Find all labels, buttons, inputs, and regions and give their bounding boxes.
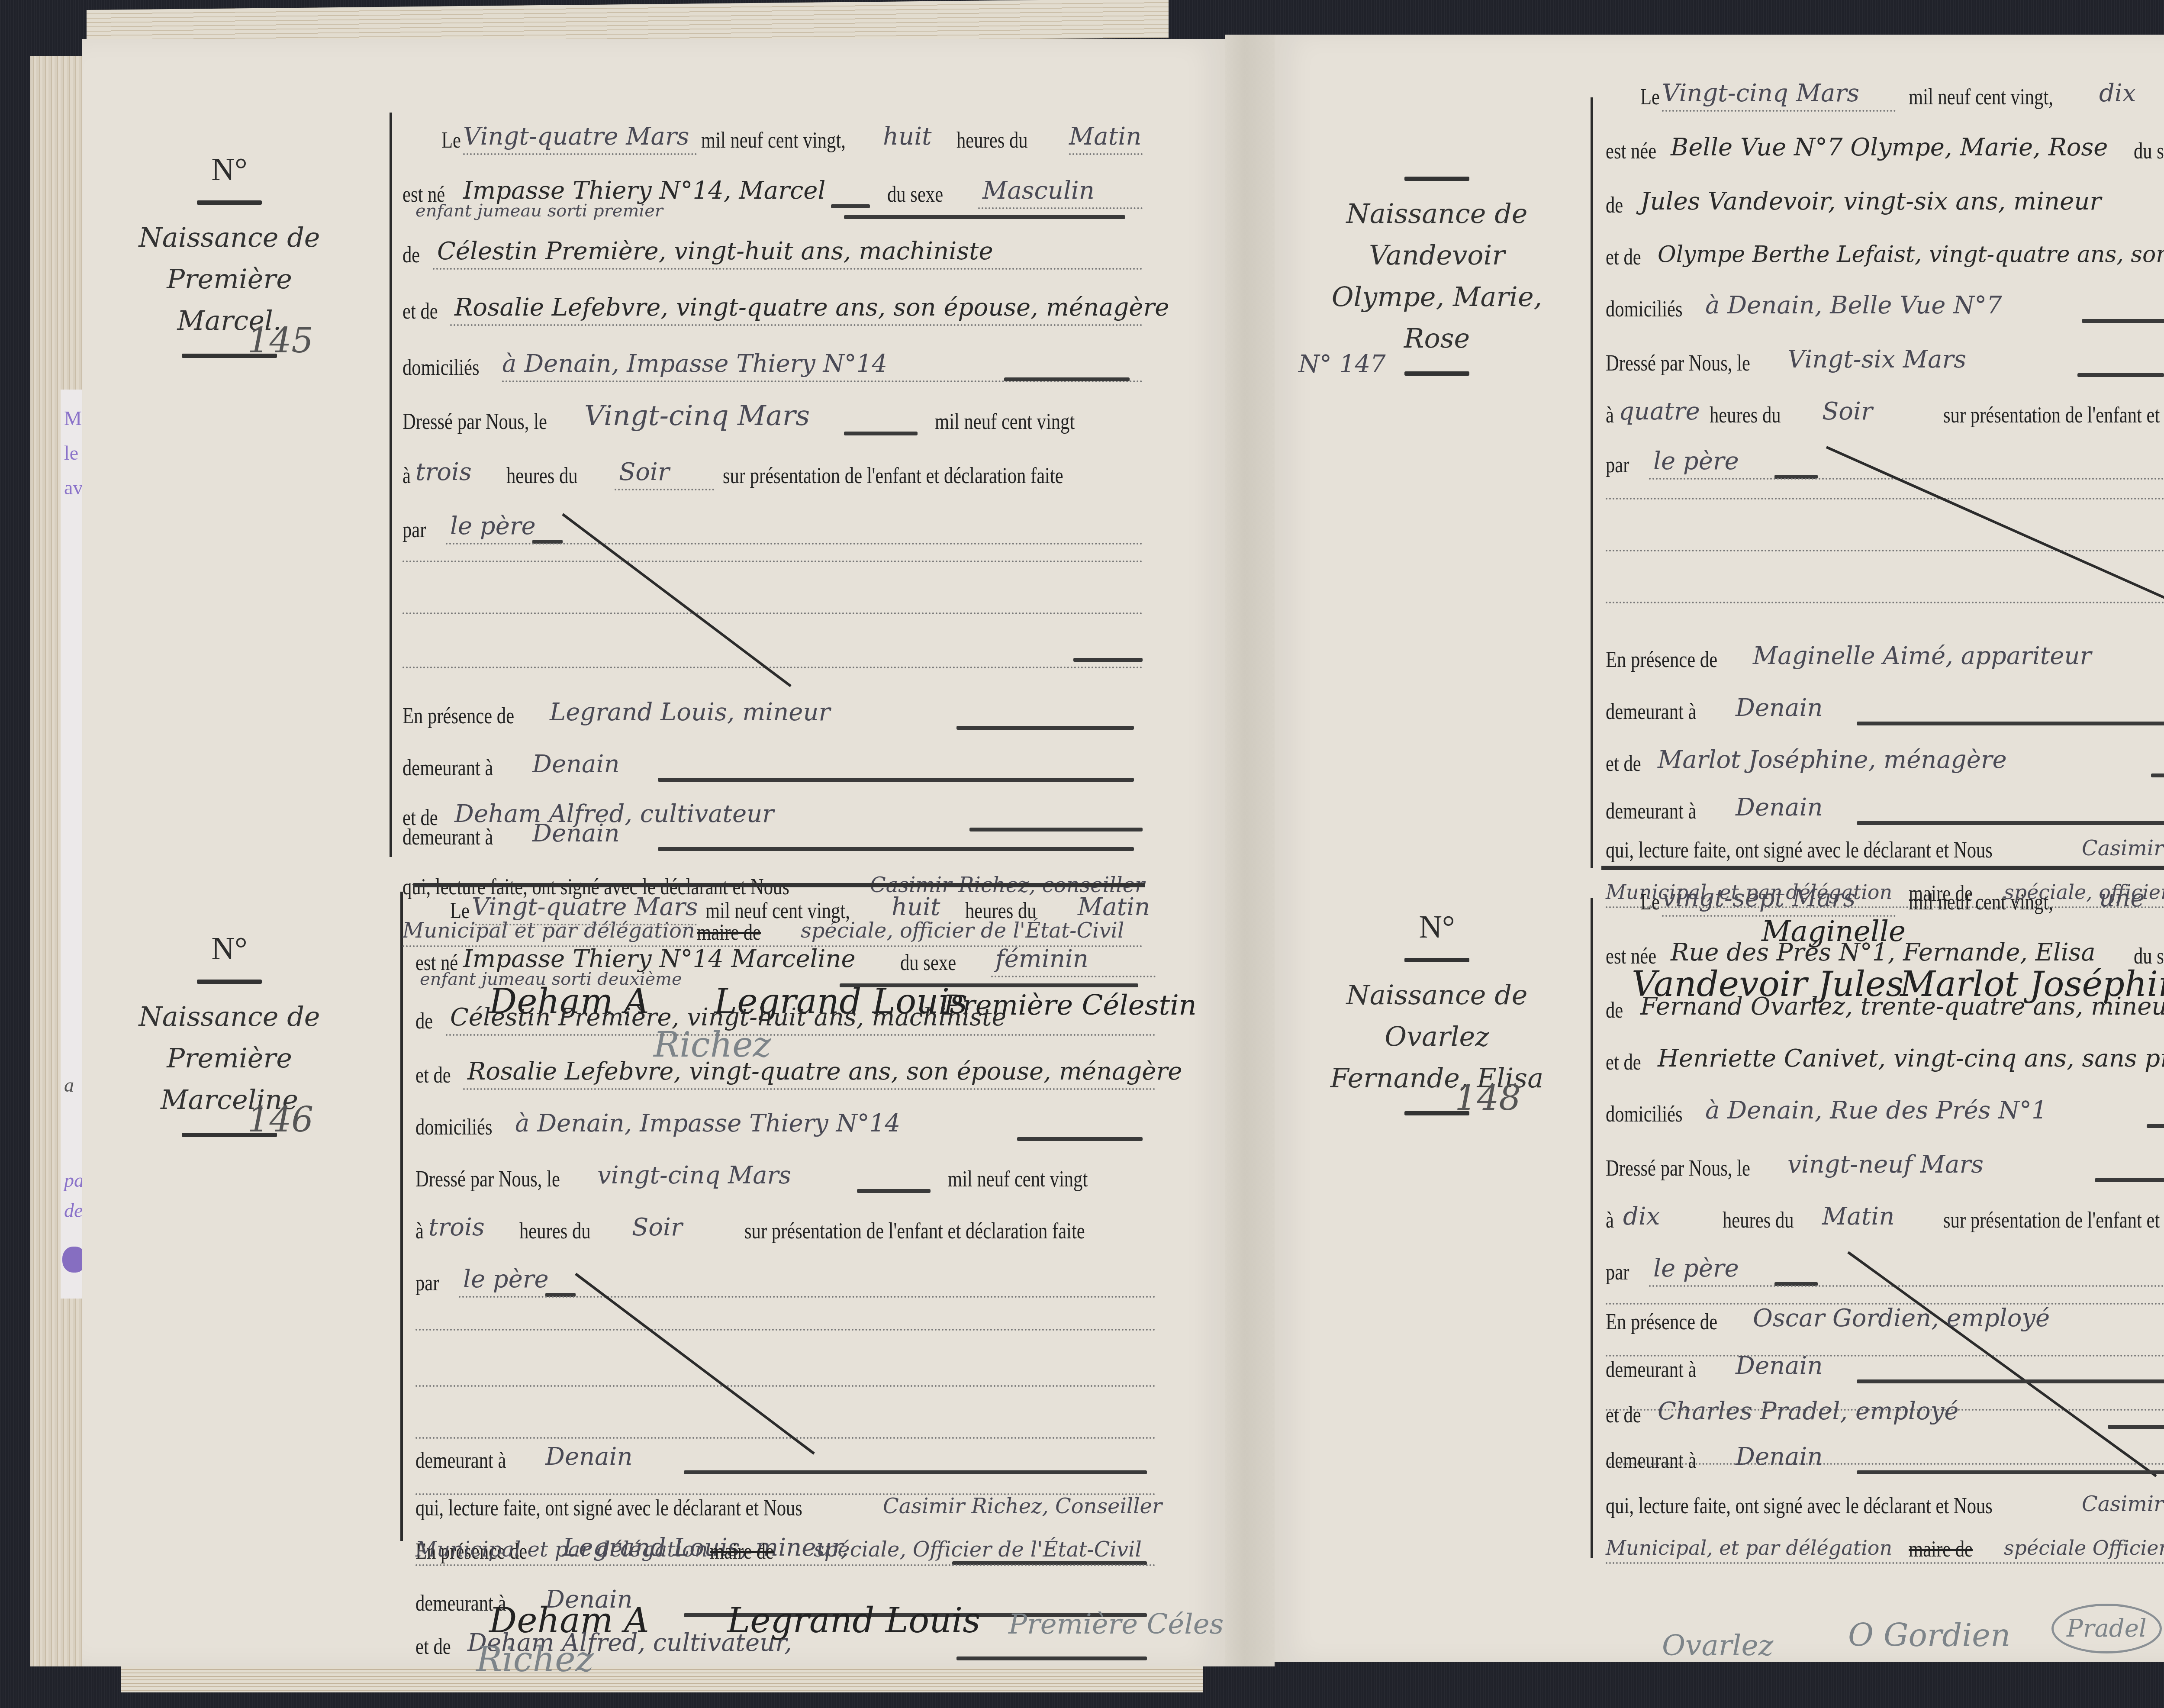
witness-2-residence: Denain [532,819,619,848]
printed-label: mil neuf cent vingt [948,1167,1088,1192]
dotted-rule [403,612,1143,614]
form-row: domiciliés à Denain, Impasse Thiery N°14 [403,335,1147,387]
birth-date: Vingt-cinq Mars [1662,79,1859,107]
drawn-hour: dix [1623,1202,1660,1231]
filler-rule [844,432,918,435]
form-row: En présence de Maginelle Aimé, appariteu… [1606,628,2164,680]
printed-label: et de [415,1063,451,1088]
form-row: Dressé par Nous, le Vingt-cinq Mars mil … [403,390,1147,442]
printed-label: domiciliés [415,1115,493,1140]
birth-date: vingt-sept Mars [1662,884,1855,912]
entry-147-form: Le Vingt-cinq Mars mil neuf cent vingt, … [1606,65,2164,887]
printed-label: de [403,242,420,268]
witness-2-residence: Denain [1736,1443,1823,1471]
printed-label: et de [1606,751,1641,777]
entry-145-margin: N° 145 Naissance de Première Marcel. [108,151,351,370]
dotted-rule [472,924,697,925]
drawn-hour: quatre [1619,397,1700,425]
printed-label: mil neuf cent vingt, [705,898,850,924]
form-row: domiciliés à Denain, Impasse Thiery N°14 [415,1095,1160,1147]
signature: Pradel [2051,1604,2162,1653]
dotted-rule [1662,110,1896,112]
birthplace-and-name: Belle Vue N°7 Olympe, Marie, Rose [1671,133,2108,161]
dotted-rule [403,561,1143,562]
margin-dash [197,200,262,205]
printed-label: En présence de [1606,647,1717,673]
naissance-label: Naissance de [108,217,351,258]
dotted-rule [1649,478,2164,480]
margin-given-name: Marcel. [108,300,351,342]
stamp-text: av [64,476,83,499]
margin-dash [1404,177,1469,181]
form-row: à trois heures du Soir sur présentation … [415,1199,1160,1251]
form-row: Municipal, et par délégation maire de sp… [1606,1517,2164,1569]
drawn-period: Soir [619,458,670,486]
form-row: et de Rosalie Lefebvre, vingt-quatre ans… [415,1043,1160,1095]
form-row: par le père [1606,433,2164,485]
form-row: par le père [1606,1240,2164,1292]
signature: Ovarlez [1662,1629,1773,1662]
margin-given-name: Olympe, Marie, Rose [1298,276,1575,359]
dotted-rule [446,543,1143,545]
printed-label: et de [1606,1050,1641,1075]
twin-note: enfant jumeau sorti deuxième [420,969,682,989]
printed-label: demeurant à [403,825,493,850]
form-row: à trois heures du Soir sur présentation … [403,444,1147,496]
dotted-rule [1069,153,1143,155]
book-gutter [1225,35,1275,1666]
margin-given-name: Fernande, Elisa [1298,1057,1575,1099]
printed-label: mil neuf cent vingt, [701,128,846,153]
form-row: par le père [415,1251,1160,1303]
column-rule [390,113,392,857]
printed-label: est née [1606,139,1656,164]
stamp-text: pa [64,1169,84,1192]
form-row: demeurant à Denain [403,736,1147,788]
naissance-label: Naissance de [108,996,351,1038]
printed-label: heures du [956,128,1028,153]
birth-hour: huit [883,122,932,151]
printed-label: mil neuf cent vingt, [1909,84,2053,110]
printed-label: de [415,1009,433,1034]
dotted-rule [415,1564,1156,1566]
officer-line-2: Municipal et par délégation [415,1537,708,1562]
dotted-rule [450,324,1143,326]
entry-number-label: N° 148 [1298,909,1575,946]
naissance-label: Naissance de [1298,193,1575,235]
form-row: Municipal et par délégation maire de spé… [415,1519,1160,1571]
filler-rule [1073,658,1143,662]
printed-label: En présence de [1606,1309,1717,1335]
printed-label: sur présentation de l'enfant et déclarat… [1943,1208,2164,1233]
printed-label: demeurant à [403,755,493,781]
declarant: le père [1653,447,1739,475]
signature: Richez [476,1639,594,1679]
officer: Casimir Richez, Conseiller [883,1494,1162,1518]
dotted-rule [433,268,1143,270]
printed-label: maire de [710,1539,774,1564]
printed-label: demeurant à [415,1448,506,1473]
printed-label: Dressé par Nous, le [1606,1156,1750,1181]
printed-label: qui, lecture faite, ont signé avec le dé… [1606,1493,1993,1519]
dotted-rule [1606,498,2164,500]
entry-148-margin: N° 148 Naissance de Ovarlez Fernande, El… [1298,909,1575,1128]
officer-line-2: Municipal, et par délégation [1606,1536,1892,1560]
birth-hour: une [2099,884,2145,912]
element: N° [1298,350,1332,378]
filler-rule [1017,1137,1143,1141]
dotted-rule [1662,915,1896,917]
form-row: Le Vingt-quatre Mars mil neuf cent vingt… [403,108,1147,160]
drawn-date: vingt-neuf Mars [1787,1150,1984,1179]
printed-label: domiciliés [1606,296,1683,322]
entry-145-form: Le Vingt-quatre Mars mil neuf cent vingt… [403,108,1147,844]
filler-rule [1004,377,1130,381]
dotted-rule [415,1329,1156,1331]
printed-label: du sexe [2134,139,2164,164]
drawn-date: Vingt-six Mars [1787,345,1966,374]
printed-label: et de [1606,245,1641,270]
stamp-text: a [64,1073,74,1096]
filler-rule [840,983,1138,987]
filler-rule [658,778,1134,782]
drawn-date: vingt-cinq Mars [597,1161,791,1189]
form-row: Richez [415,1627,1160,1679]
printed-label: à [1606,1208,1614,1233]
domicile: à Denain, Rue des Prés N°1 [1705,1096,2047,1125]
form-row: et de Olympe Berthe Lefaist, vingt-quatr… [1606,225,2164,277]
drawn-period: Soir [632,1213,683,1241]
drawn-hour: trois [428,1213,485,1241]
form-row: de Jules Vandevoir, vingt-six ans, mineu… [1606,173,2164,225]
entry-146-margin: N° 146 Naissance de Première Marceline [108,931,351,1149]
margin-surname: Première [108,1038,351,1079]
form-row: Dressé par Nous, le vingt-cinq Mars mil … [415,1147,1160,1199]
dotted-rule [1606,550,2164,551]
stamp-text: de [64,1199,83,1222]
printed-label: demeurant à [1606,1448,1697,1473]
form-row: Le Vingt-cinq Mars mil neuf cent vingt, … [1606,65,2164,117]
dotted-rule [1606,602,2164,603]
form-row: demeurant à Denain [403,805,1147,857]
birth-period: Matin [1069,122,1141,151]
printed-label: par [403,517,426,543]
form-row: à quatre heures du Soir sur présentation… [1606,383,2164,435]
element: N° [211,152,247,187]
filler-rule [956,726,1134,730]
witness-1: Legrand Louis, mineur [550,698,830,726]
domicile: à Denain, Belle Vue N°7 [1705,291,2002,319]
printed-label: à [415,1218,424,1244]
dotted-rule [615,489,714,490]
form-row: Ovarlez O Gordien Pradel Richez [1606,1576,2164,1662]
signature: O Gordien [1848,1617,2010,1653]
mother: Henriette Canivet, vingt-cinq ans, sans … [1658,1044,2164,1073]
printed-label: mil neuf cent vingt, [1909,889,2053,915]
entry-146-signatures: demeurant à Denain qui, lecture faite, o… [415,1428,1160,1688]
birth-hour: dix [2099,79,2136,107]
form-row: de Fernand Ovarlez, trente-quatre ans, m… [1606,978,2164,1030]
filler-rule [658,847,1134,851]
form-row: demeurant à Denain [1606,1428,2164,1480]
printed-label: sur présentation de l'enfant et déclarat… [744,1218,1085,1244]
element: 147 [1340,350,1386,378]
form-row: enfant jumeau sorti premier [403,195,1147,221]
witness-1: Oscar Gordien, employé [1753,1304,2050,1332]
printed-label: qui, lecture faite, ont signé avec le dé… [415,1495,802,1521]
mother: Rosalie Lefebvre, vingt-quatre ans, son … [454,293,1169,322]
dotted-rule [463,153,697,155]
form-row: domiciliés à Denain, Belle Vue N°7 [1606,277,2164,329]
witness-2: Charles Pradel, employé [1658,1397,1959,1425]
printed-label: Le [441,128,461,153]
filler-rule [2147,1124,2164,1128]
printed-label: et de [1606,1402,1641,1428]
officer: Casimir Richez, Conseiller [2082,1492,2164,1516]
printed-label: heures du [965,898,1037,924]
entry-148-signatures: En présence de Oscar Gordien, employé de… [1606,1290,2164,1679]
printed-label: est née [1606,944,1656,969]
printed-label: Dressé par Nous, le [1606,351,1750,376]
domicile: à Denain, Impasse Thiery N°14 [502,350,887,378]
filler-rule [2095,1178,2164,1182]
form-row: de Célestin Première, vingt-huit ans, ma… [415,989,1160,1041]
printed-label: mil neuf cent vingt [935,409,1075,435]
printed-label: de [1606,998,1623,1023]
witness-2-residence: Denain [545,1443,632,1471]
drawn-hour: trois [415,458,472,486]
printed-label: par [1606,1260,1629,1285]
dotted-rule [463,1088,1156,1090]
margin-surname: Première [108,258,351,300]
entry-number-label: N° 145 [108,151,351,188]
form-row: demeurant à Denain [415,1428,1160,1480]
birth-date: Vingt-quatre Mars [463,122,689,151]
father: Jules Vandevoir, vingt-six ans, mineur [1640,187,2101,216]
form-row: est née Belle Vue N°7 Olympe, Marie, Ros… [1606,119,2164,171]
witness-1-residence: Denain [1736,694,1823,722]
column-rule [1591,97,1593,868]
entry-number-label: N° 146 [108,931,351,967]
mother: Rosalie Lefebvre, vingt-quatre ans, son … [467,1057,1182,1086]
printed-label: demeurant à [1606,1357,1697,1383]
officer-line-3: spéciale Officier de l'État-Civil [2004,1536,2164,1560]
printed-label: à [403,463,411,489]
entry-number: 146 [248,1099,314,1140]
form-row: demeurant à Denain [1606,1337,2164,1389]
birthplace-and-name: Rue des Prés N°1, Fernande, Elisa [1671,938,2096,967]
margin-dash [1404,958,1469,962]
printed-label: heures du [1710,403,1781,428]
officer: Casimir Richez, Conseiller [2082,836,2164,860]
stamp-text: le [64,442,78,464]
form-row: par le père [403,498,1147,550]
father: Célestin Première, vingt-huit ans, machi… [437,237,993,265]
element: N° [211,931,247,967]
printed-label: par [1606,452,1629,478]
dotted-rule [446,1034,1156,1036]
entry-number: 145 [248,320,314,361]
birth-hour: huit [892,893,940,921]
form-row: est née Rue des Prés N°1, Fernande, Elis… [1606,924,2164,976]
form-row: et de Rosalie Lefebvre, vingt-quatre ans… [403,279,1147,331]
filler-rule [1857,722,2164,725]
filler-rule [2082,319,2164,323]
printed-label: Le [450,898,470,924]
printed-label: Le [1640,84,1660,110]
printed-label: demeurant à [1606,699,1697,725]
printed-label: qui, lecture faite, ont signé avec le dé… [1606,838,1993,863]
form-row: Dressé par Nous, le vingt-neuf Mars mil … [1606,1136,2164,1188]
entry-147-margin: N° 147 Naissance de Vandevoir Olympe, Ma… [1298,164,1575,388]
margin-surname: Vandevoir [1298,235,1575,276]
officer-line-3: spéciale, Officier de l'État-Civil [814,1537,1142,1562]
witness-1-residence: Denain [1736,1352,1823,1380]
printed-label: domiciliés [403,355,480,380]
dotted-rule [415,1385,1156,1387]
witness-2: Marlot Joséphine, ménagère [1658,746,2007,774]
printed-label: sur présentation de l'enfant et déclarat… [723,463,1063,489]
birth-period: Matin [1078,893,1150,921]
margin-dash [197,980,262,984]
form-row: et de Henriette Canivet, vingt-cinq ans,… [1606,1030,2164,1082]
printed-label: de [1606,193,1623,218]
form-row: Le vingt-sept Mars mil neuf cent vingt, … [1606,870,2164,922]
printed-label: domiciliés [1606,1102,1683,1127]
printed-label: à [1606,403,1614,428]
domicile: à Denain, Impasse Thiery N°14 [515,1109,900,1138]
form-row: enfant jumeau sorti deuxième [415,963,1160,989]
form-row: En présence de Oscar Gordien, employé [1606,1290,2164,1342]
printed-label: En présence de [403,703,514,729]
filler-rule [844,215,1125,219]
declarant: le père [1653,1254,1739,1283]
form-row: de Célestin Première, vingt-huit ans, ma… [403,223,1147,275]
filler-rule [2151,773,2164,777]
twin-note: enfant jumeau sorti premier [415,201,663,221]
printed-label: Dressé par Nous, le [403,409,547,435]
birth-date: Vingt-quatre Mars [472,893,698,921]
printed-label: heures du [506,463,578,489]
form-row: Le Vingt-quatre Mars mil neuf cent vingt… [415,879,1160,931]
entry-number: 148 [1455,1078,1521,1118]
filler-rule [2077,373,2164,377]
form-row: à dix heures du Matin sur présentation d… [1606,1188,2164,1240]
drawn-period: Matin [1822,1202,1894,1231]
filler-rule [684,1470,1147,1474]
entry-number: N° 147 [1298,350,1386,378]
printed-label: heures du [519,1218,591,1244]
dotted-rule [1606,1562,2164,1564]
column-rule [1591,898,1593,1558]
dotted-rule [459,1296,1156,1298]
witness-1-residence: Denain [532,750,619,778]
dotted-rule [1649,1285,2164,1287]
printed-label: Le [1640,889,1660,915]
printed-label: par [415,1270,439,1296]
declarant: le père [450,512,536,540]
form-row: et de Charles Pradel, employé [1606,1383,2164,1435]
form-row: et de Marlot Joséphine, ménagère [1606,732,2164,783]
drawn-date: Vingt-cinq Mars [584,400,810,432]
form-row: demeurant à Denain [1606,680,2164,732]
father: Célestin Première, vingt-huit ans, machi… [450,1003,1006,1031]
printed-label: Dressé par Nous, le [415,1167,560,1192]
entry-separator [1601,866,2164,870]
printed-label: maire de [1909,1537,1973,1562]
form-row: En présence de Legrand Louis, mineur [403,684,1147,736]
witness-2-residence: Denain [1736,793,1823,822]
form-row: domiciliés à Denain, Rue des Prés N°1 [1606,1082,2164,1134]
printed-label: du sexe [2134,944,2164,969]
drawn-period: Soir [1822,397,1873,425]
printed-label: sur présentation de l'enfant et déclarat… [1943,403,2164,428]
father: Fernand Ovarlez, trente-quatre ans, mine… [1640,993,2164,1021]
printed-label: heures du [1723,1208,1794,1233]
margin-surname: Ovarlez [1298,1016,1575,1057]
margin-given-name: Marceline [108,1079,351,1121]
margin-dash [1404,371,1469,376]
witness-1: Maginelle Aimé, appariteur [1753,642,2091,670]
naissance-label: Naissance de [1298,974,1575,1016]
filler-rule [857,1189,931,1193]
element: N° [1419,909,1455,945]
dotted-rule [403,667,1143,668]
printed-label: et de [403,299,438,324]
mother: Olympe Berthe Lefaist, vingt-quatre ans,… [1658,242,2164,267]
declarant: le père [463,1265,549,1293]
form-row: Dressé par Nous, le Vingt-six Mars mil n… [1606,331,2164,383]
